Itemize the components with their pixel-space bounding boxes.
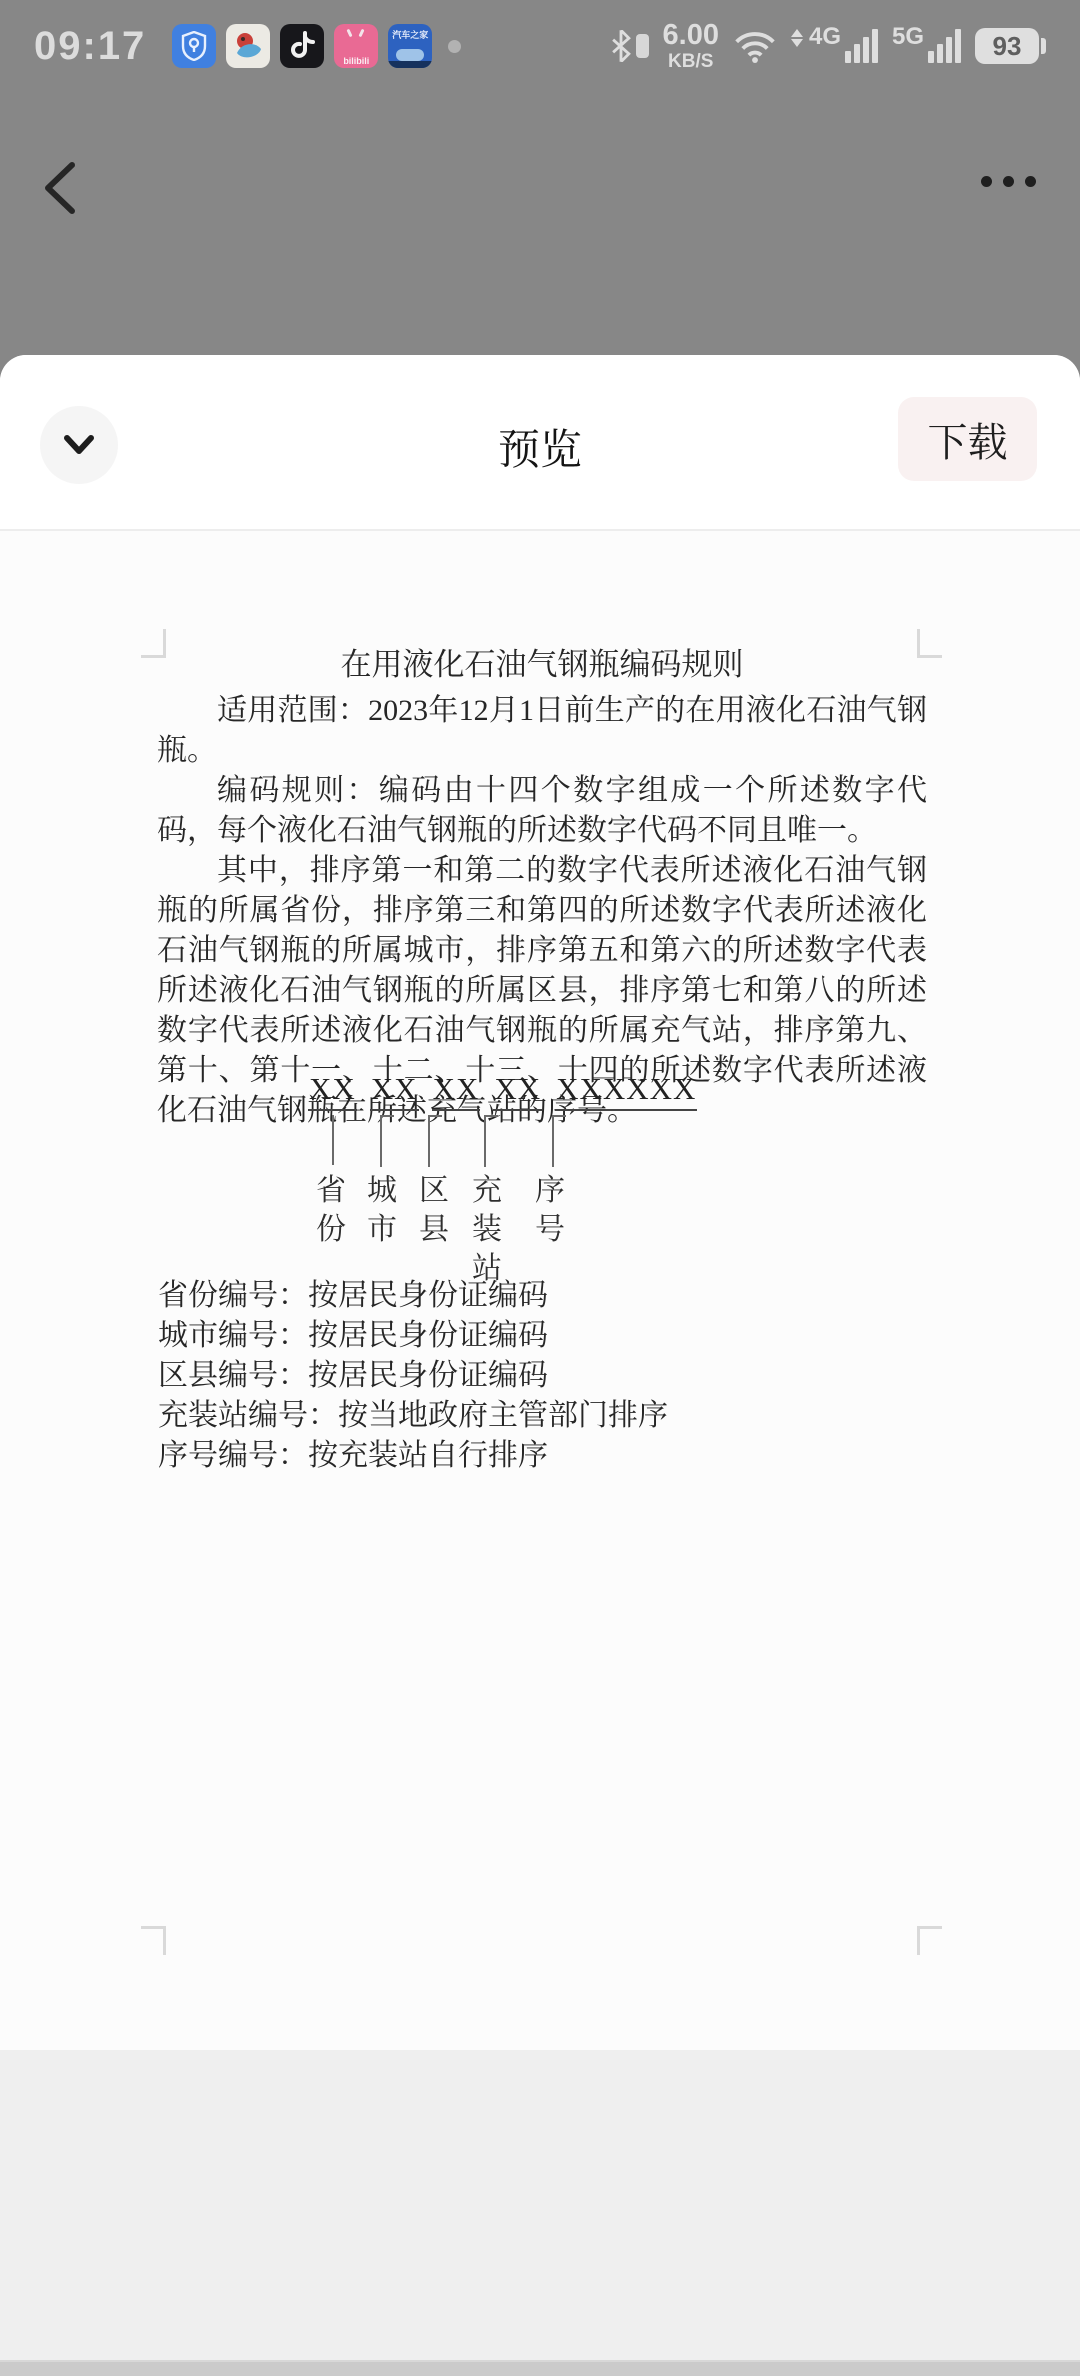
- code-group-city: XX: [370, 1071, 419, 1111]
- bottom-bar: [0, 2360, 1080, 2376]
- preview-sheet: 预览 下载 在用液化石油气钢瓶编码规则 适用范围：2023年12月1日前生产的在…: [0, 355, 1080, 2376]
- document-paragraph: 编码规则：编码由十四个数字组成一个所述数字代码，每个液化石油气钢瓶的所述数字代码…: [157, 771, 927, 851]
- legend-item: 序号编号：按充装站自行排序: [158, 1436, 668, 1476]
- diagram-label-province: 省 份: [316, 1175, 346, 1246]
- autohome-cloud: [396, 49, 424, 61]
- status-bar: 09:17 bilibili 汽车之家 6.00 KB/S: [0, 0, 1080, 92]
- scroll-gutter[interactable]: [0, 2050, 1080, 2376]
- coding-legend: 省份编号：按居民身份证编码 城市编号：按居民身份证编码 区县编号：按居民身份证编…: [158, 1276, 668, 1476]
- sim2-network-type: 5G: [892, 25, 924, 49]
- code-group-district: XX: [432, 1071, 481, 1111]
- bluetooth-group: [610, 30, 649, 62]
- connector-line: [552, 1115, 566, 1167]
- data-activity-arrows: [791, 29, 803, 47]
- back-chevron-icon: [38, 158, 82, 218]
- battery-indicator: 93: [975, 28, 1046, 64]
- connector-line: [380, 1115, 394, 1167]
- sim2-signal: 5G: [892, 29, 961, 63]
- autohome-app-icon: 汽车之家: [388, 24, 432, 68]
- douyin-app-icon: [280, 24, 324, 68]
- connector-line: [428, 1115, 442, 1167]
- more-options-button[interactable]: [981, 176, 1036, 187]
- clock: 09:17: [34, 24, 146, 69]
- autohome-strip: [388, 61, 432, 68]
- diagram-label-station: 充 装 站: [472, 1175, 502, 1285]
- network-speed-value: 6.00: [663, 21, 719, 50]
- document-paragraph: 适用范围：2023年12月1日前生产的在用液化石油气钢瓶。: [157, 691, 927, 771]
- page-corner-mark: [917, 1926, 942, 1955]
- sim1-signal: 4G: [791, 29, 878, 63]
- battery-nub: [1041, 38, 1046, 54]
- download-button[interactable]: 下载: [898, 397, 1037, 481]
- dot: [1003, 176, 1014, 187]
- diagram-label-district: 区 县: [419, 1175, 449, 1246]
- document-body: 在用液化石油气钢瓶编码规则 适用范围：2023年12月1日前生产的在用液化石油气…: [157, 643, 927, 1131]
- legend-item: 省份编号：按居民身份证编码: [158, 1276, 668, 1316]
- security-app-icon: [172, 24, 216, 68]
- netdisk-app-icon: [226, 24, 270, 68]
- status-bar-right: 6.00 KB/S 4G 5G 93: [610, 21, 1046, 71]
- code-group-province: XX: [308, 1071, 357, 1111]
- document-preview-area[interactable]: 在用液化石油气钢瓶编码规则 适用范围：2023年12月1日前生产的在用液化石油气…: [0, 531, 1080, 2050]
- bilibili-app-icon: bilibili: [334, 24, 378, 68]
- page-corner-mark: [141, 1926, 166, 1955]
- sim1-signal-bars: [845, 29, 878, 63]
- background-nav-row: [0, 150, 1080, 230]
- sim1-network-type: 4G: [809, 25, 841, 49]
- notification-app-icons: bilibili 汽车之家: [172, 24, 432, 68]
- battery-percent: 93: [975, 28, 1039, 64]
- connector-line: [484, 1115, 498, 1167]
- bilibili-wordmark: bilibili: [334, 56, 378, 66]
- network-speed: 6.00 KB/S: [663, 21, 719, 71]
- code-group-station: XX: [493, 1071, 542, 1111]
- network-speed-unit: KB/S: [668, 52, 713, 71]
- back-button[interactable]: [38, 158, 82, 218]
- connector-line: [332, 1115, 334, 1165]
- sheet-header: 预览 下载: [0, 355, 1080, 529]
- bluetooth-icon: [610, 30, 632, 62]
- legend-item: 区县编号：按居民身份证编码: [158, 1356, 668, 1396]
- legend-item: 充装站编号：按当地政府主管部门排序: [158, 1396, 668, 1436]
- diagram-label-city: 城 市: [367, 1175, 397, 1246]
- sim2-signal-bars: [928, 29, 961, 63]
- code-group-serial: XXXXXX: [555, 1071, 697, 1111]
- dot: [1025, 176, 1036, 187]
- diagram-label-serial: 序 号: [535, 1175, 565, 1246]
- code-groups-row: XX XX XX XX XXXXXX: [308, 1071, 697, 1111]
- autohome-wordmark: 汽车之家: [388, 28, 432, 41]
- legend-item: 城市编号：按居民身份证编码: [158, 1316, 668, 1356]
- bluetooth-battery-icon: [636, 34, 649, 58]
- wifi-icon: [733, 29, 777, 63]
- notification-overflow-dot: [448, 40, 461, 53]
- dot: [981, 176, 992, 187]
- document-title: 在用液化石油气钢瓶编码规则: [157, 643, 927, 687]
